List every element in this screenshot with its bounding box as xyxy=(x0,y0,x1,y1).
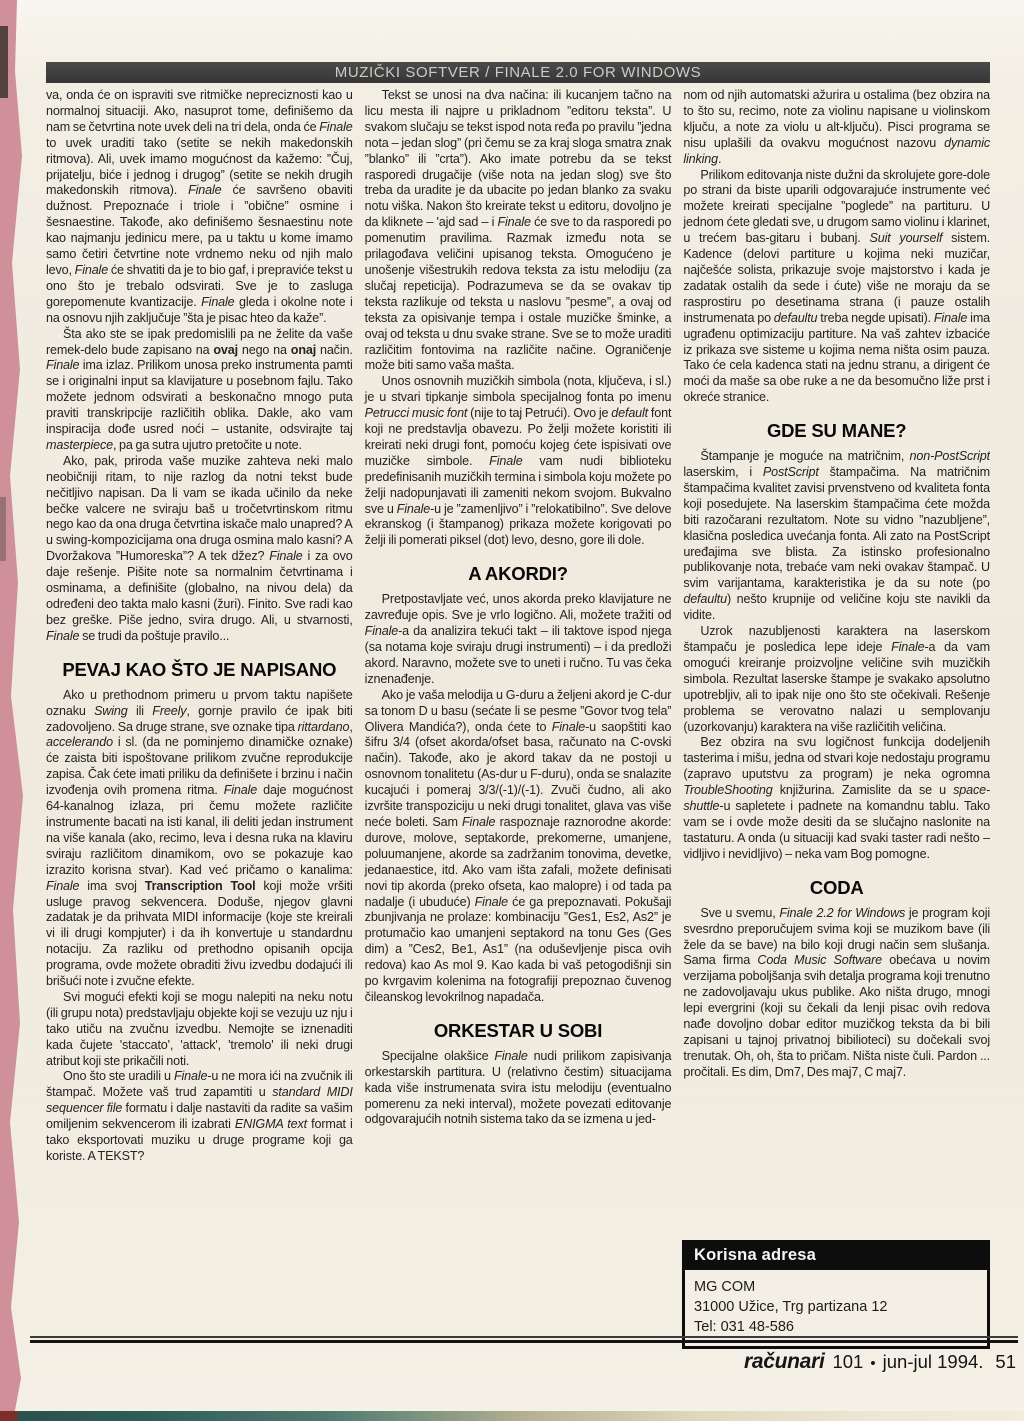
contact-address-box-title: Korisna adresa xyxy=(685,1243,987,1270)
contact-address-box: Korisna adresa MG COM 31000 Užice, Trg p… xyxy=(682,1240,990,1349)
section-heading: GDE SU MANE? xyxy=(683,420,990,442)
article-header-title: MUZIČKI SOFTVER / FINALE 2.0 FOR WINDOWS xyxy=(335,64,702,81)
next-page-edge xyxy=(0,1411,1024,1421)
paragraph: Prilikom editovanja niste dužni da skrol… xyxy=(683,168,990,407)
article-header-bar: MUZIČKI SOFTVER / FINALE 2.0 FOR WINDOWS xyxy=(46,62,990,83)
contact-address-box-body: MG COM 31000 Užice, Trg partizana 12 Tel… xyxy=(685,1270,987,1346)
footer-page-number: 51 xyxy=(995,1351,1016,1373)
paragraph: Uzrok nazubljenosti karaktera na lasersk… xyxy=(683,624,990,735)
magazine-name: računari xyxy=(744,1350,824,1374)
paragraph: Svi mogući efekti koji se mogu nalepiti … xyxy=(46,990,353,1070)
magazine-page: MUZIČKI SOFTVER / FINALE 2.0 FOR WINDOWS… xyxy=(0,0,1024,1421)
paragraph: Ako u prethodnom primeru u prvom taktu n… xyxy=(46,688,353,990)
paragraph: Šta ako ste se ipak predomislili pa ne ž… xyxy=(46,327,353,454)
text-column-1: va, onda će on ispraviti sve ritmičke ne… xyxy=(46,88,353,1335)
paragraph: nom od njih automatski ažurira u ostalim… xyxy=(683,88,990,168)
text-column-3: nom od njih automatski ažurira u ostalim… xyxy=(683,88,990,1335)
scan-edge-mark-middle xyxy=(0,497,6,561)
footer-issue-number: 101 xyxy=(832,1351,863,1373)
scan-edge-mark-top xyxy=(0,26,8,98)
address-line-street: 31000 Užice, Trg partizana 12 xyxy=(694,1297,978,1317)
section-heading: CODA xyxy=(683,877,990,899)
footer-rule xyxy=(30,1336,1018,1343)
paragraph: Unos osnovnih muzičkih simbola (nota, kl… xyxy=(365,374,672,549)
paragraph: va, onda će on ispraviti sve ritmičke ne… xyxy=(46,88,353,327)
section-heading: ORKESTAR U SOBI xyxy=(365,1020,672,1042)
paragraph: Tekst se unosi na dva načina: ili kucanj… xyxy=(365,88,672,374)
text-column-2: Tekst se unosi na dva načina: ili kucanj… xyxy=(365,88,672,1335)
paragraph: Štampanje je moguće na matričnim, non-Po… xyxy=(683,449,990,624)
paragraph: Ako je vaša melodija u G-duru a željeni … xyxy=(365,688,672,1006)
section-heading: PEVAJ KAO ŠTO JE NAPISANO xyxy=(46,659,353,681)
footer-bullet-icon: • xyxy=(870,1355,875,1372)
paragraph: Sve u svemu, Finale 2.2 for Windows je p… xyxy=(683,906,990,1081)
section-heading: A AKORDI? xyxy=(365,563,672,585)
footer-issue-date: jun-jul 1994. xyxy=(883,1351,984,1373)
article-body: va, onda će on ispraviti sve ritmičke ne… xyxy=(46,88,990,1335)
paragraph: Ako, pak, priroda vaše muzike zahteva ne… xyxy=(46,454,353,645)
paragraph: Pretpostavljate već, unos akorda preko k… xyxy=(365,592,672,687)
address-line-company: MG COM xyxy=(694,1277,978,1297)
paragraph: Ono što ste uradili u Finale-u ne mora i… xyxy=(46,1069,353,1164)
paragraph: Specijalne olakšice Finale nudi prilikom… xyxy=(365,1049,672,1129)
address-line-phone: Tel: 031 48-586 xyxy=(694,1317,978,1337)
paragraph: Bez obzira na svu logičnost funkcija dod… xyxy=(683,735,990,862)
footer: računari 101 • jun-jul 1994. 51 xyxy=(744,1350,1016,1374)
